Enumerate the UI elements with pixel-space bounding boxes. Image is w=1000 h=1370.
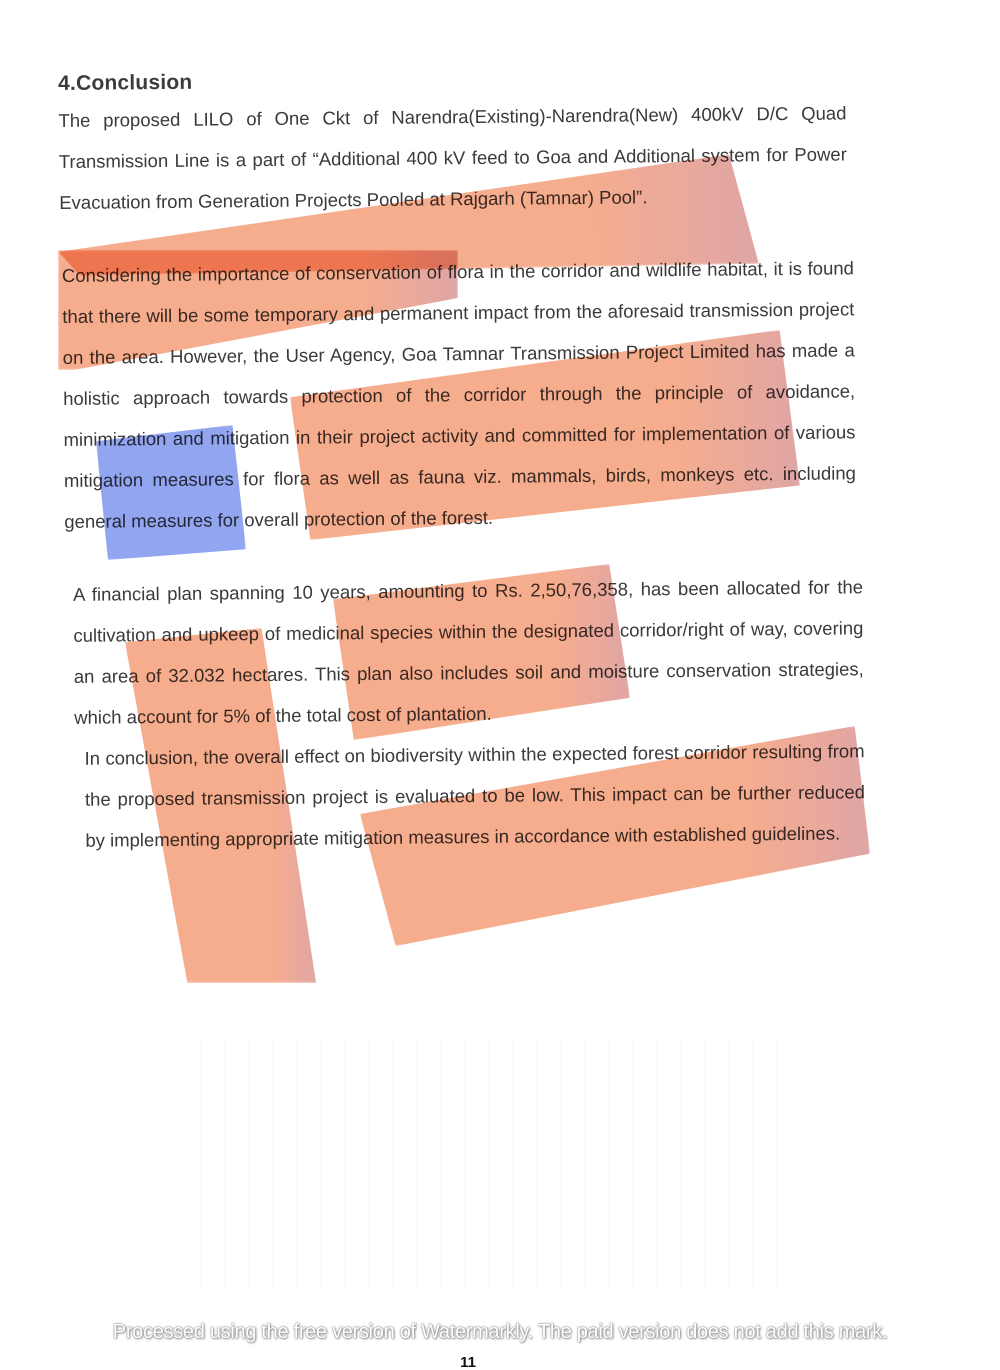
paragraph-conclusion: In conclusion, the overall effect on bio… xyxy=(84,730,865,860)
page-number: 11 xyxy=(0,1354,936,1370)
watermark-text: Processed using the free version of Wate… xyxy=(0,1321,1000,1344)
bleed-through-texture xyxy=(200,1040,800,1290)
section-heading: 4.Conclusion xyxy=(58,64,858,96)
document-body: 4.Conclusion The proposed LILO of One Ck… xyxy=(58,64,866,861)
paragraph-intro: The proposed LILO of One Ckt of Narendra… xyxy=(58,92,847,223)
document-page: 4.Conclusion The proposed LILO of One Ck… xyxy=(0,0,1000,1370)
paragraph-financial-plan: A financial plan spanning 10 years, amou… xyxy=(73,566,865,738)
paragraph-conservation: Considering the importance of conservati… xyxy=(62,247,857,542)
